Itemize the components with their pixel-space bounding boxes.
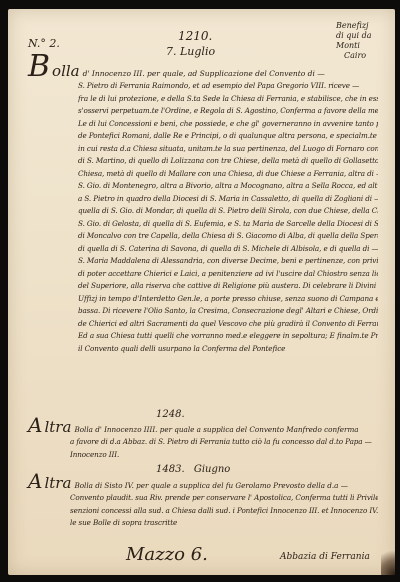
text-line: Innocenzo III. <box>70 449 378 462</box>
text-line: S. Gio. di Gelosta, di quella di S. Eufe… <box>78 218 378 231</box>
text-line: senzioni concessi alla sud. a Chiesa dal… <box>70 505 378 518</box>
text-line: in cui resta d.a Chiesa situata, unitam.… <box>78 143 378 156</box>
text-line: Ed a sua Chiesa tutti quelli che vorrann… <box>78 330 378 343</box>
text-line: a S. Pietro in quadro della Diocesi di S… <box>78 193 378 206</box>
entry-1-body: S. Pietro di Ferrania Raimondo, et ad es… <box>78 80 378 355</box>
text-line: de Chierici ed altri Sacramenti da quel … <box>78 318 378 331</box>
decorated-initial: A <box>28 475 42 487</box>
decorated-initial: A <box>28 419 42 431</box>
text-line: di S. Martino, di quello di Lolizzana co… <box>78 155 378 168</box>
text-line: di poter accettare Chierici e Laici, a p… <box>78 268 378 281</box>
entry-3-first-text: Bolla di Sisto IV. per quale a supplica … <box>74 481 347 490</box>
entry-3-first-line: Altra Bolla di Sisto IV. per quale a sup… <box>28 475 378 492</box>
entry-1-first-line: Bolla d' Innocenzo III. per quale, ad Su… <box>28 61 378 80</box>
margin-note: Benefizj di qui da Monti Cairo <box>336 21 395 61</box>
text-line: S. Maria Maddalena di Alessandria, con d… <box>78 255 378 268</box>
entry-2-body: a favore di d.a Abbaz. di S. Pietro di F… <box>70 436 378 461</box>
manuscript-page: N.° 2. 1210. 7. Luglio Benefizj di qui d… <box>8 9 395 575</box>
text-line: di quella di S. Caterina di Savona, di q… <box>78 243 378 256</box>
entry-3: Altra Bolla di Sisto IV. per quale a sup… <box>28 475 378 530</box>
text-line: del Superiore, alla riserva che cattive … <box>78 280 378 293</box>
text-line: s'osservi perpetuam.te l'Ordine, e Regol… <box>78 105 378 118</box>
entry-2: Altra Bolla d' Innocenzo IIII. per quale… <box>28 419 378 461</box>
text-line: Uffizj in tempo d'Interdetto Gen.le, a p… <box>78 293 378 306</box>
text-line: Convento plaudit. sua Riv. prende per co… <box>70 492 378 505</box>
entry-3-year-text: 1483. <box>156 464 185 475</box>
decorated-initial: B <box>28 61 50 73</box>
text-line: S. Pietro di Ferrania Raimondo, et ad es… <box>78 80 378 93</box>
entry-2-first-line: Altra Bolla d' Innocenzo IIII. per quale… <box>28 419 378 436</box>
entry-1: Bolla d' Innocenzo III. per quale, ad Su… <box>28 61 378 355</box>
text-line: di Moncalvo con tre Capella, della Chies… <box>78 230 378 243</box>
entry-2-lead: ltra <box>44 418 71 436</box>
text-line: il Convento quali delli usurpano la Conf… <box>78 343 378 356</box>
entry-1-lead: olla <box>52 62 80 80</box>
entry-1-date: 7. Luglio <box>166 45 215 58</box>
text-line: fra le di lui protezione, e della S.ta S… <box>78 93 378 106</box>
text-line: quella di S. Gio. di Mondar, di quella d… <box>78 205 378 218</box>
abbey-label: Abbazia di Ferrania <box>280 552 370 562</box>
entry-2-first-text: Bolla d' Innocenzo IIII. per quale a sup… <box>74 425 358 434</box>
text-line: le sue Bolle di sopra trascritte <box>70 517 378 530</box>
entry-1-first-text: d' Innocenzo III. per quale, ad Supplica… <box>83 69 325 78</box>
text-line: a favore di d.a Abbaz. di S. Pietro di F… <box>70 436 378 449</box>
entry-1-year: 1210. <box>178 29 212 43</box>
text-line: bassa. Di ricevere l'Olio Santo, la Cres… <box>78 305 378 318</box>
margin-note-line: Cairo <box>344 51 395 61</box>
text-line: Le di lui Concessioni e beni, che possie… <box>78 118 378 131</box>
margin-note-line: Benefizj <box>336 21 395 31</box>
entry-3-date: Giugno <box>194 464 231 475</box>
margin-note-line: di qui da Monti <box>336 31 395 51</box>
text-line: S. Gio. di Montenegro, altra a Bivorio, … <box>78 180 378 193</box>
entry-3-lead: ltra <box>44 474 71 492</box>
entry-3-body: Convento plaudit. sua Riv. prende per co… <box>70 492 378 530</box>
bundle-label: Mazzo 6. <box>126 544 208 565</box>
text-line: Chiesa, metà di quello di Mallare con un… <box>78 168 378 181</box>
entry-3-year: 1483. Giugno <box>156 464 230 475</box>
text-line: de Pontefici Romani, dalle Re e Principi… <box>78 130 378 143</box>
